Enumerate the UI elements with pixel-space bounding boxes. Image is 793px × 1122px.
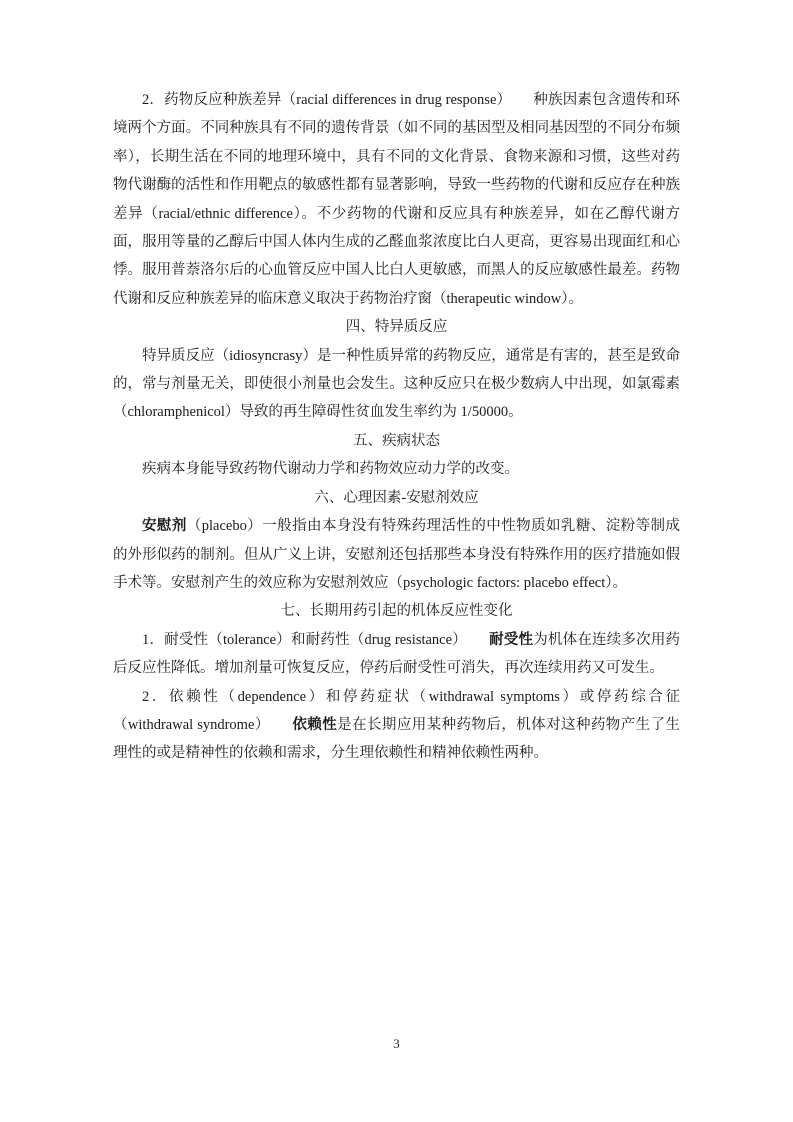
bold-term: 安慰剂 [142,518,187,534]
text-run: 1．耐受性（tolerance）和耐药性（drug resistance） [142,632,489,648]
text-run: 七、长期用药引起的机体反应性变化 [281,603,513,619]
paragraph-tolerance: 1．耐受性（tolerance）和耐药性（drug resistance） 耐受… [113,626,680,683]
bold-term: 耐受性 [489,632,533,648]
text-run: 五、疾病状态 [353,433,440,449]
heading-idiosyncrasy: 四、特异质反应 [113,313,680,341]
text-run: 2．药物反应种族差异（racial differences in drug re… [113,92,680,307]
bold-term: 依赖性 [292,717,337,733]
heading-long-term-medication: 七、长期用药引起的机体反应性变化 [113,597,680,625]
page-number: 3 [0,1036,793,1052]
paragraph-disease-state: 疾病本身能导致药物代谢动力学和药物效应动力学的改变。 [113,455,680,483]
text-run: 六、心理因素-安慰剂效应 [314,490,478,506]
paragraph-dependence: 2．依赖性（dependence）和停药症状（withdrawal sympto… [113,683,680,768]
document-page: 2．药物反应种族差异（racial differences in drug re… [0,0,793,1122]
paragraph-racial-differences: 2．药物反应种族差异（racial differences in drug re… [113,86,680,313]
paragraph-idiosyncrasy: 特异质反应（idiosyncrasy）是一种性质异常的药物反应，通常是有害的，甚… [113,342,680,427]
paragraph-placebo: 安慰剂（placebo）一般指由本身没有特殊药理活性的中性物质如乳糖、淀粉等制成… [113,512,680,597]
text-run: （placebo）一般指由本身没有特殊药理活性的中性物质如乳糖、淀粉等制成的外形… [113,518,680,591]
text-run: 疾病本身能导致药物代谢动力学和药物效应动力学的改变。 [142,461,519,477]
heading-placebo-effect: 六、心理因素-安慰剂效应 [113,484,680,512]
text-run: 四、特异质反应 [346,319,448,335]
heading-disease-state: 五、疾病状态 [113,427,680,455]
text-run: 特异质反应（idiosyncrasy）是一种性质异常的药物反应，通常是有害的，甚… [113,348,680,421]
document-content: 2．药物反应种族差异（racial differences in drug re… [113,86,680,768]
